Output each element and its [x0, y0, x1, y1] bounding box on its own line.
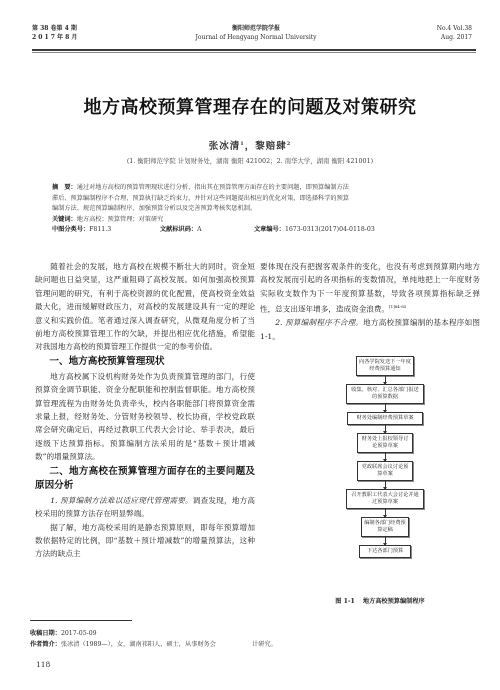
- flowchart: 向各学院发送下一年度经费预算通知 收集、核对、汇总各部门报送的预算数据 财务处编…: [330, 356, 440, 558]
- header-divider-thin: [32, 52, 476, 53]
- keywords: 关键词：地方高校；预算管理；对策研究: [52, 215, 460, 226]
- flow-step: 财务处上报校领导讨论预算草案: [357, 433, 413, 453]
- paragraph: 1. 预算编制方法难以适应现代管理需要。调查发现，地方高校采用的预算方法存在明显…: [35, 494, 255, 521]
- paragraph: 据了解，地方高校采用的是静态预算原则，即每年预算增加数依据特定的比例，即“基数＋…: [35, 521, 255, 561]
- issue-info-en: No.4 Vol.38 Aug. 2017: [437, 25, 472, 42]
- paragraph: 要体现在没有把握客观条件的变化，也没有考虑到预算期内地方高校发展而引起的各项指标…: [260, 260, 480, 316]
- citation: [1]84-85: [389, 304, 406, 309]
- flow-step: 召开教职工代表大会讨论并通过预算草案: [346, 489, 424, 509]
- flow-step: 编制各部门经费预算定稿: [361, 517, 409, 537]
- author-name: 黎赔肆: [255, 141, 287, 152]
- figure-caption: 图 1-1地方高校预算编制程序: [300, 596, 460, 605]
- paragraph: 地方高校属下设机构财务处作为负责预算管理的部门，行使预算资金调节职能、资金分配职…: [35, 370, 255, 464]
- paragraph: 2. 预算编制程序不合理。地方高校预算编制的基本程序如图 1-1。: [260, 316, 480, 343]
- arrow-down-icon: [385, 404, 386, 412]
- body-column-right: 要体现在没有把握客观条件的变化，也没有考虑到预算期内地方高校发展而引起的各项指标…: [260, 260, 480, 343]
- arrow-down-icon: [385, 376, 386, 384]
- affiliation: (1. 衡阳师范学院 计划财务处，湖南 衡阳 421002；2. 南华大学，湖南…: [0, 156, 500, 165]
- arrow-down-icon: [385, 537, 386, 545]
- flow-step: 下达各部门预算: [359, 545, 411, 558]
- author-name: 张冰清: [209, 141, 241, 152]
- article-title: 地方高校预算管理存在的问题及对策研究: [0, 93, 500, 119]
- abstract-block: 摘 要：通过对地方高校的预算管理现状进行分析，指出其在预算管理方面存在的主要问题…: [52, 183, 460, 236]
- arrow-down-icon: [385, 481, 386, 489]
- section-heading: 一、地方高校预算管理现状: [35, 355, 255, 369]
- page-number: 118: [36, 660, 50, 669]
- footnote-continuation: 计研究。: [252, 639, 277, 648]
- flow-step: 党政联席会议讨论预算草案: [357, 461, 413, 481]
- footnote-divider: [30, 620, 132, 621]
- journal-name: 衡阳师范学院学报 Journal of Hengyang Normal Univ…: [32, 25, 480, 42]
- author-line: 张冰清1，黎赔肆2: [0, 138, 500, 152]
- header-divider: [32, 49, 476, 51]
- arrow-down-icon: [385, 425, 386, 433]
- arrow-down-icon: [385, 453, 386, 461]
- flow-step: 收集、核对、汇总各部门报送的预算数据: [346, 384, 424, 404]
- abstract-label: 摘 要：: [52, 184, 77, 191]
- intro-paragraph: 随着社会的发展，地方高校在规模不断壮大的同时，资金短缺问题也日益突显，这严重阻碍…: [35, 260, 255, 354]
- footnotes: 收稿日期：2017-05-09 作者简介：张冰清（1989—），女，湖南祁阳人，…: [30, 628, 216, 650]
- body-column-left: 随着社会的发展，地方高校在规模不断壮大的同时，资金短缺问题也日益突显，这严重阻碍…: [35, 260, 255, 561]
- flow-step: 向各学院发送下一年度经费预算通知: [356, 356, 414, 376]
- flow-step: 财务处编制经费预算草案: [347, 412, 423, 425]
- arrow-down-icon: [385, 509, 386, 517]
- classification-row: 中图分类号：F811.3文献标识码：A文章编号：1673-0313(2017)0…: [52, 225, 460, 236]
- section-heading: 二、地方高校在预算管理方面存在的主要问题及原因分析: [35, 465, 255, 493]
